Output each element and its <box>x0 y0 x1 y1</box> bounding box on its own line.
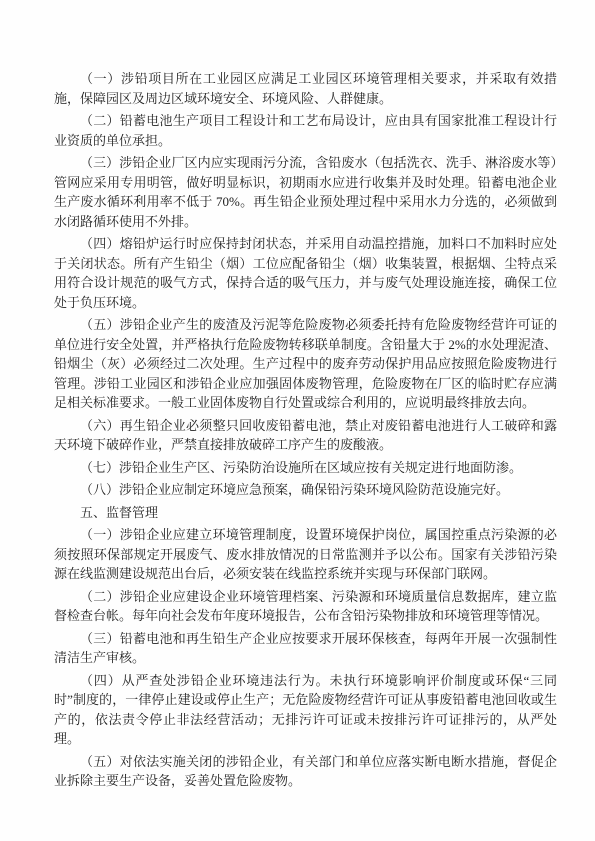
paragraph-4-8: （八）涉铅企业应制定环境应急预案，确保铅污染环境风险防范设施完好。 <box>54 480 557 500</box>
paragraph-5-5: （五）对依法实施关闭的涉铅企业，有关部门和单位应落实断电断水措施，督促企业拆除主… <box>54 752 557 791</box>
paragraph-5-4: （四）从严查处涉铅企业环境违法行为。未执行环境影响评价制度或环保“三同时”制度的… <box>54 671 557 749</box>
document-body: （一）涉铅项目所在工业园区应满足工业园区环境管理相关要求，并采取有效措施，保障园… <box>54 69 557 791</box>
paragraph-4-3: （三）涉铅企业厂区内应实现雨污分流，含铅废水（包括洗衣、洗手、淋浴废水等）管网应… <box>54 153 557 231</box>
paragraph-4-7: （七）涉铅企业生产区、污染防治设施所在区域应按有关规定进行地面防渗。 <box>54 458 557 478</box>
paragraph-4-4: （四）熔铅炉运行时应保持封闭状态，并采用自动温控措施，加料口不加料时应处于关闭状… <box>54 234 557 312</box>
paragraph-4-5: （五）涉铅企业产生的废渣及污泥等危险废物必须委托持有危险废物经营许可证的单位进行… <box>54 315 557 413</box>
document-page: （一）涉铅项目所在工业园区应满足工业园区环境管理相关要求，并采取有效措施，保障园… <box>0 0 595 841</box>
paragraph-5-3: （三）铅蓄电池和再生铅生产企业应按要求开展环保核查，每两年开展一次强制性清洁生产… <box>54 629 557 668</box>
paragraph-4-2: （二）铅蓄电池生产项目工程设计和工艺布局设计，应由具有国家批准工程设计行业资质的… <box>54 111 557 150</box>
paragraph-4-1: （一）涉铅项目所在工业园区应满足工业园区环境管理相关要求，并采取有效措施，保障园… <box>54 69 557 108</box>
paragraph-5-1: （一）涉铅企业应建立环境管理制度，设置环境保护岗位，属国控重点污染源的必须按照环… <box>54 525 557 584</box>
paragraph-5-2: （二）涉铅企业应建设企业环境管理档案、污染源和环境质量信息数据库，建立监督检查台… <box>54 587 557 626</box>
paragraph-4-6: （六）再生铅企业必须整只回收废铅蓄电池，禁止对废铅蓄电池进行人工破碎和露天环境下… <box>54 416 557 455</box>
section-heading-supervision: 五、监督管理 <box>54 503 557 523</box>
